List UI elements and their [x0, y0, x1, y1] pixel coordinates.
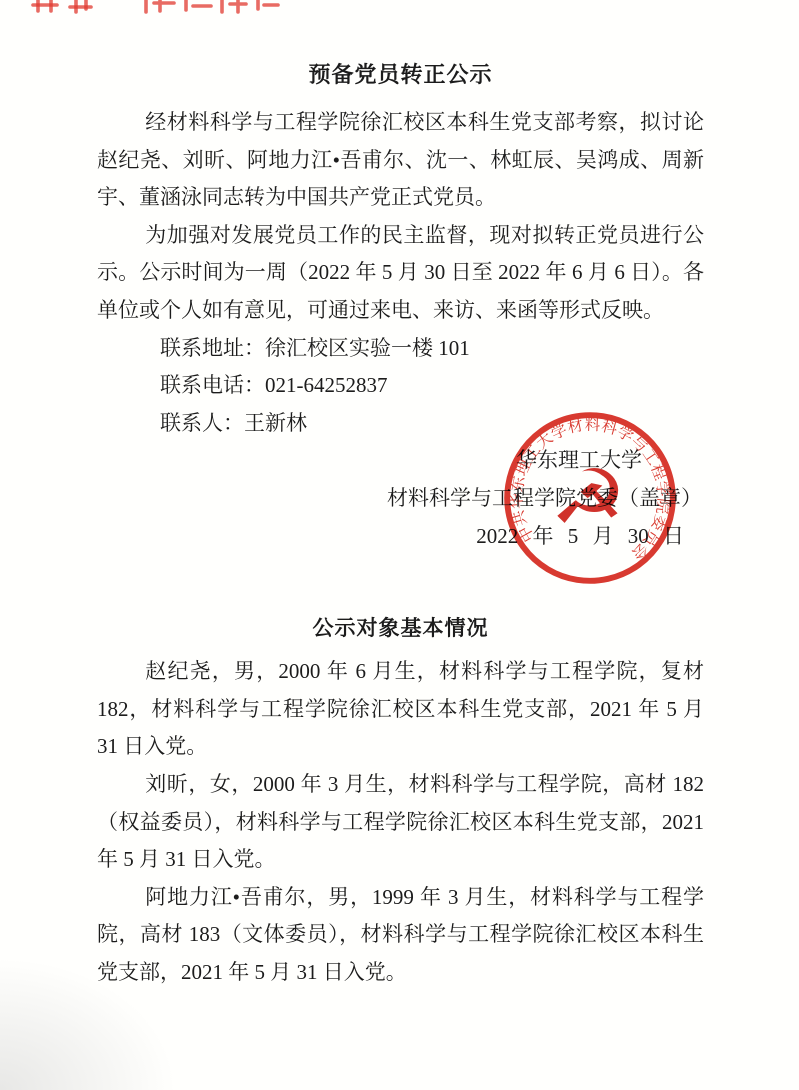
signature-university: 华东理工大学 — [97, 442, 704, 480]
document-content: 预备党员转正公示 经材料科学与工程学院徐汇校区本科生党支部考察，拟讨论赵纪尧、刘… — [97, 0, 704, 991]
contact-address-line: 联系地址：徐汇校区实验一楼 101 — [97, 330, 704, 368]
announcement-paragraph: 为加强对发展党员工作的民主监督，现对拟转正党员进行公示。公示时间为一周（2022… — [97, 217, 704, 330]
contact-person-line: 联系人：王新林 — [97, 405, 704, 443]
candidate-entry: 赵纪尧，男，2000 年 6 月生，材料科学与工程学院，复材 182，材料科学与… — [97, 653, 704, 766]
signature-date: 2022 年 5 月 30 日 — [97, 518, 704, 556]
page-title: 预备党员转正公示 — [97, 58, 704, 92]
document-page: 预备党员转正公示 经材料科学与工程学院徐汇校区本科生党支部考察，拟讨论赵纪尧、刘… — [0, 0, 799, 1090]
signature-block: 华东理工大学 材料科学与工程学院党委（盖章） 2022 年 5 月 30 日 — [97, 442, 704, 555]
section-title: 公示对象基本情况 — [97, 613, 704, 645]
signature-committee: 材料科学与工程学院党委（盖章） — [97, 480, 704, 518]
candidate-entry: 刘昕，女，2000 年 3 月生，材料科学与工程学院，高材 182（权益委员），… — [97, 766, 704, 879]
announcement-paragraph: 经材料科学与工程学院徐汇校区本科生党支部考察，拟讨论赵纪尧、刘昕、阿地力江•吾甫… — [97, 104, 704, 217]
candidate-entry: 阿地力江•吾甫尔，男，1999 年 3 月生，材料科学与工程学院，高材 183（… — [97, 879, 704, 992]
contact-phone-line: 联系电话：021-64252837 — [97, 367, 704, 405]
